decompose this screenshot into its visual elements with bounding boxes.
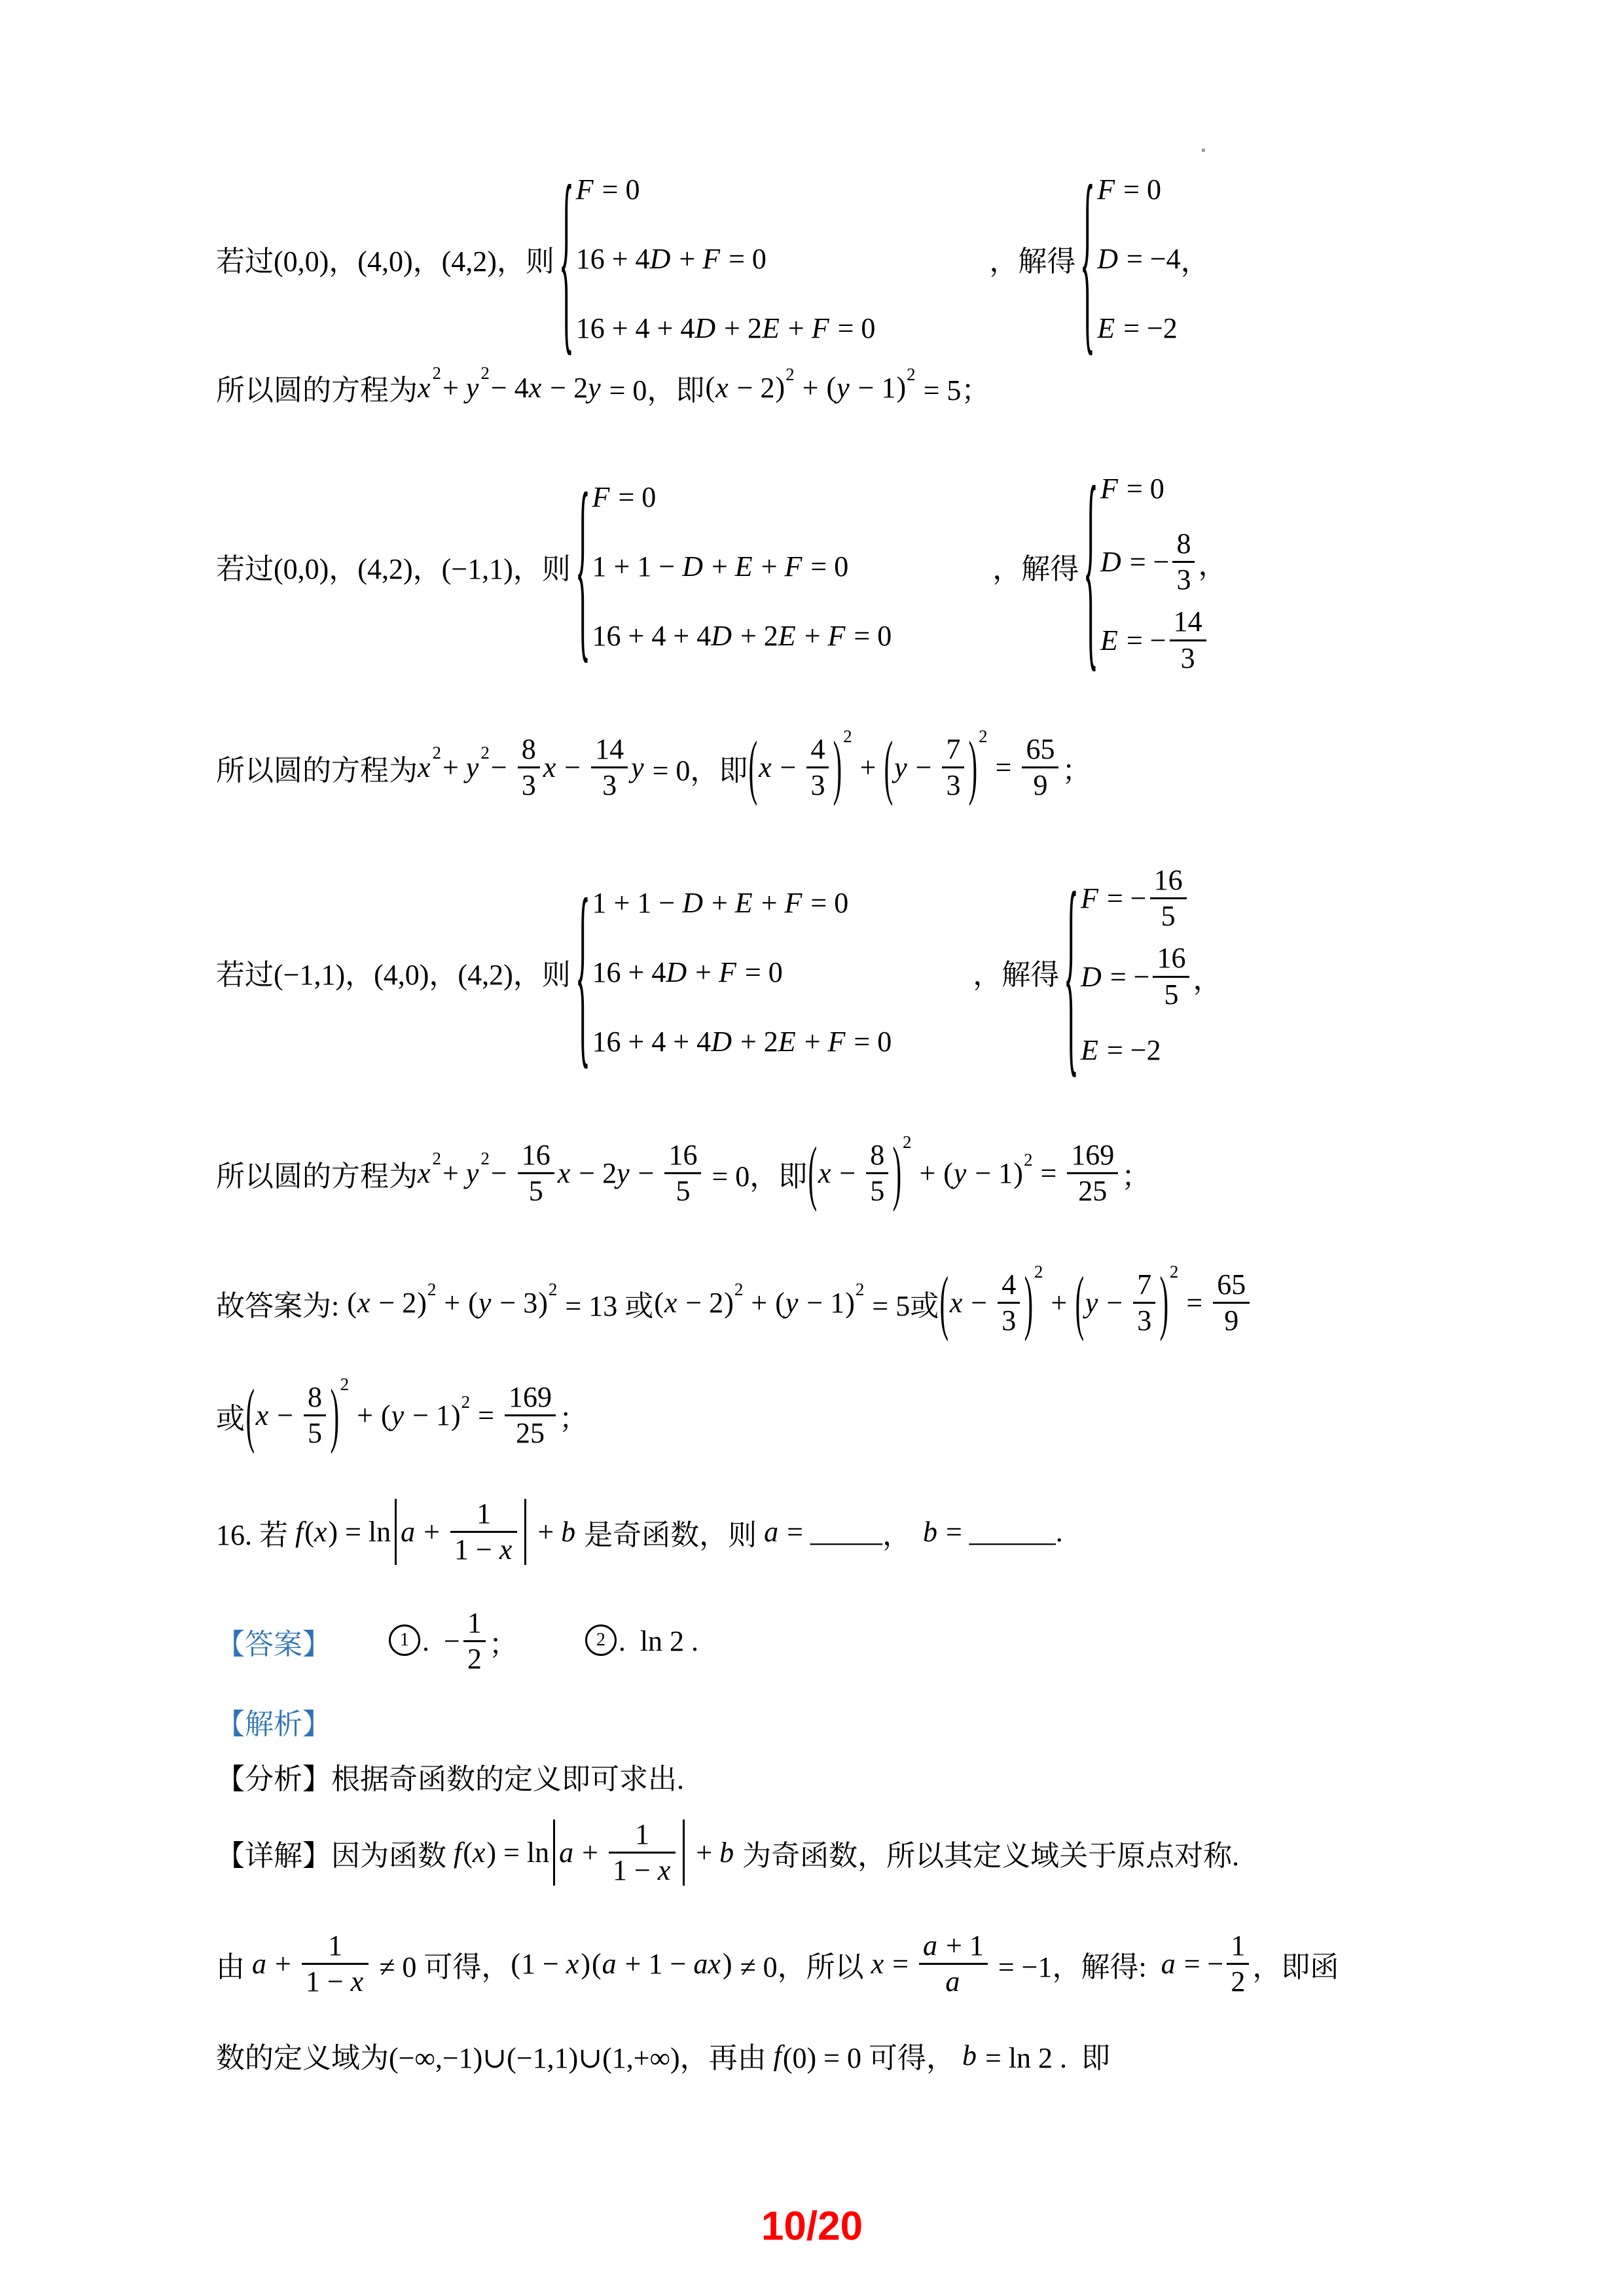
text: 1 (477, 1499, 491, 1529)
bracket: ) (1024, 1266, 1033, 1339)
text: ， (1181, 238, 1210, 279)
text: − (964, 1286, 994, 1319)
text: + (672, 242, 702, 276)
analysis-header: 【解析】 (216, 1700, 331, 1742)
bracket: ( (775, 1289, 785, 1318)
text: 10/20 (761, 2203, 863, 2250)
bracket-group: (x − 85)2 (808, 1139, 911, 1208)
group-content: y − 73 (893, 733, 968, 802)
text: ； (489, 1621, 518, 1662)
math-variable: F (1097, 173, 1116, 206)
text: 65 (1217, 1270, 1246, 1300)
text: = 0，即 (645, 747, 748, 789)
math-variable: D (1081, 960, 1103, 994)
fraction: 73 (942, 733, 964, 802)
text: ______ (969, 1515, 1056, 1549)
bracket: ( (511, 1950, 520, 1979)
bracket: ) (833, 731, 842, 804)
denominator: 3 (1170, 642, 1206, 675)
math-variable: x (759, 751, 773, 784)
bracket: ) (538, 1289, 548, 1318)
text: + (853, 751, 884, 784)
numerator: 169 (1067, 1139, 1118, 1172)
numerator: 16 (518, 1139, 554, 1172)
text: = − (1123, 545, 1170, 579)
system-rows: 1 + 1 − D + E + F = 016 + 4D + F = 016 +… (592, 872, 892, 1071)
bracket-group: (1 − x) (511, 1947, 590, 1981)
text: 或 (216, 1395, 245, 1437)
text: = 0 (831, 312, 876, 345)
numerator: 7 (942, 733, 964, 766)
fraction: 659 (1213, 1268, 1250, 1337)
superscript: 2 (785, 365, 795, 385)
system-rows: F = 0D = −83，E = −143 (1100, 458, 1227, 675)
math-variable: D (711, 619, 733, 653)
text: + (781, 312, 812, 345)
denominator: 25 (1067, 1175, 1118, 1208)
text: + (437, 1286, 467, 1319)
numerator: 169 (505, 1381, 556, 1414)
denominator: 9 (1213, 1304, 1250, 1337)
group-content: y − 1 (391, 1399, 451, 1432)
text: ，解得 (973, 951, 1059, 993)
text: 1 + 1 − (592, 886, 683, 920)
system-row: F = 0 (576, 159, 876, 219)
equation-system: {1 + 1 − D + E + F = 016 + 4D + F = 016 … (573, 872, 892, 1071)
fraction: 16925 (1067, 1139, 1118, 1208)
text: + (689, 1836, 719, 1869)
text: ( (463, 1836, 473, 1869)
text: ， (1198, 541, 1227, 583)
text: − 2 (571, 1157, 617, 1190)
text: + 2 (733, 619, 778, 653)
math-variable: a (923, 1931, 939, 1961)
math-variable: f (454, 1836, 463, 1869)
text: 【答案】 (216, 1621, 331, 1662)
math-variable: x (715, 371, 730, 404)
fraction: 143 (591, 733, 628, 802)
text: = (471, 1399, 501, 1432)
system-row: 16 + 4 + 4D + 2E + F = 0 (592, 605, 892, 666)
denominator: 2 (463, 1643, 486, 1676)
group-content: a + 1 − ax (602, 1947, 723, 1981)
text: ≠ 0，所以 (733, 1943, 871, 1985)
bracket: ( (347, 1289, 357, 1318)
math-variable: ax (693, 1947, 722, 1981)
fraction-bar (664, 1172, 701, 1174)
text: ； (1062, 747, 1091, 789)
superscript: 2 (734, 1280, 744, 1300)
math-variable: b (719, 1836, 735, 1869)
text: . ln 2 . (619, 1624, 698, 1658)
denominator: 5 (866, 1175, 888, 1208)
math-variable: x (664, 1286, 679, 1319)
numerator: 1 (1227, 1929, 1249, 1962)
system-row: 1 + 1 − D + E + F = 0 (592, 536, 892, 596)
system-row: F = 0 (592, 467, 892, 527)
text: 16 + 4 (592, 956, 666, 989)
equation-system: {F = 01 + 1 − D + E + F = 016 + 4 + 4D +… (573, 467, 892, 666)
text: = 0，即 (704, 1153, 807, 1194)
group-content: x − 2 (664, 1286, 724, 1319)
fraction: 43 (998, 1268, 1020, 1337)
math-variable: E (1100, 624, 1119, 657)
math-variable: y (391, 1399, 406, 1432)
brace: { (1080, 155, 1095, 362)
denominator: 1 − x (450, 1534, 517, 1566)
math-variable: a (945, 1967, 961, 1997)
math-variable: y (894, 751, 909, 784)
denominator: 3 (998, 1304, 1020, 1337)
fraction: 85 (866, 1139, 888, 1208)
equation-system: {F = 0D = −4，E = −2 (1078, 159, 1209, 358)
math-variable: y (785, 1286, 800, 1319)
fraction: 73 (1133, 1268, 1155, 1337)
fraction: 43 (806, 733, 829, 802)
text: 8 (870, 1140, 884, 1170)
text: ，解得 (992, 545, 1079, 587)
text: + (704, 886, 735, 920)
text: 1 (635, 1820, 649, 1850)
text: = −4 (1119, 242, 1181, 276)
denominator: 9 (1022, 769, 1058, 802)
text: 7 (946, 734, 960, 764)
text: + (442, 371, 466, 404)
numerator: 4 (806, 733, 829, 766)
denominator: 1 − x (302, 1965, 369, 1998)
detail-line: 【详解】因为函数 f(x) = lna + 11 − x + b 为奇函数，所以… (216, 1818, 1239, 1887)
math-variable: x (351, 1967, 365, 1997)
group-content: x − 85 (818, 1139, 892, 1208)
math-variable: E (735, 886, 754, 920)
text: ) = ln (328, 1515, 391, 1549)
abs-bar (683, 1820, 685, 1886)
text: 16 (522, 1140, 550, 1170)
denominator: 5 (304, 1417, 326, 1450)
derivation-line2: 数的定义域为(−∞,−1)∪(−1,1)∪(1,+∞)，再由 f(0) = 0 … (216, 2034, 1110, 2076)
text: 4 (810, 734, 825, 764)
group-content: y − 3 (478, 1286, 538, 1319)
text: ≠ 0 可得， (372, 1943, 510, 1985)
system-row: D = −83， (1100, 528, 1227, 596)
system-rows: F = 01 + 1 − D + E + F = 016 + 4 + 4D + … (592, 467, 892, 666)
math-variable: b (923, 1515, 939, 1549)
fraction: 11 − x (450, 1498, 517, 1566)
bracket: ) (775, 373, 785, 402)
math-variable: D (711, 1025, 733, 1058)
numerator: 7 (1133, 1268, 1155, 1301)
text: 3 (1181, 643, 1195, 673)
text: ，即函 (1252, 1943, 1339, 1985)
math-variable: F (785, 886, 804, 920)
text: 2 (1231, 1967, 1245, 1997)
fraction-bar (518, 766, 540, 768)
text: = 0 (1116, 173, 1161, 206)
group-content: x − 43 (949, 1268, 1024, 1337)
equation-system: {F = 016 + 4D + F = 016 + 4 + 4D + 2E + … (557, 159, 876, 358)
group-content: y − 1 (785, 1286, 845, 1319)
text: 数的定义域为(−∞,−1)∪(−1,1)∪(1,+∞)，再由 (216, 2034, 774, 2076)
superscript: 2 (461, 1392, 471, 1412)
fraction-bar (1172, 561, 1195, 563)
abs-bar (524, 1499, 526, 1565)
text: 9 (1224, 1306, 1238, 1336)
math-variable: D (666, 956, 688, 989)
math-variable: E (735, 550, 754, 583)
abs-bar (553, 1820, 555, 1886)
fraction-bar (1067, 1172, 1118, 1174)
text: 5 (1164, 980, 1178, 1010)
text: = (885, 1947, 916, 1981)
denominator: 3 (1172, 564, 1195, 596)
bracket-group: (x − 85)2 (245, 1381, 349, 1450)
system-row: F = −165 (1081, 864, 1221, 933)
text: 所以圆的方程为 (216, 367, 418, 408)
math-variable: f (774, 2039, 783, 2072)
math-variable: b (561, 1515, 577, 1549)
math-variable: x (950, 1286, 964, 1319)
superscript: 2 (1034, 1262, 1043, 1282)
text: = 0 (1119, 472, 1164, 505)
text: 8 (522, 734, 536, 764)
fraction: 12 (463, 1607, 486, 1676)
text: = −2 (1116, 312, 1178, 345)
math-variable: x (558, 1157, 572, 1190)
bracket: ( (1075, 1266, 1084, 1339)
fraction-bar (304, 1414, 326, 1416)
math-variable: x (418, 371, 432, 404)
numerator: 1 (302, 1929, 369, 1962)
text: 8 (1176, 529, 1191, 559)
bracket-group: (y − 1)2 (775, 1286, 864, 1319)
text: 1 − (306, 1967, 351, 1997)
bracket-group: a + 11 − x (550, 1818, 688, 1887)
abs-bar (395, 1499, 397, 1565)
group-content: y − 73 (1085, 1268, 1159, 1337)
denominator: 5 (664, 1175, 701, 1208)
bracket-group: (x − 2)2 (347, 1286, 436, 1319)
text: = (1033, 1157, 1064, 1190)
math-variable: y (466, 1157, 480, 1190)
bracket: ( (943, 1159, 953, 1188)
system-row: 1 + 1 − D + E + F = 0 (592, 872, 892, 933)
fraction-bar (591, 766, 628, 768)
superscript: 2 (480, 1149, 490, 1169)
math-variable: x (499, 1535, 514, 1565)
case1-circle-equation: 所以圆的方程为x2+ y2− 4x − 2y = 0，即(x − 2)2 + (… (216, 367, 990, 408)
text: = (780, 1515, 810, 1549)
text: 25 (516, 1418, 545, 1448)
text: − 4 (491, 371, 529, 404)
case2-line: 若过(0,0)，(4,2)，(−1,1)，则{F = 01 + 1 − D + … (216, 458, 1229, 675)
case1-line: 若过(0,0)，(4,0)，(4,2)，则{F = 016 + 4D + F =… (216, 159, 1212, 358)
math-variable: x (529, 371, 543, 404)
math-variable: y (478, 1286, 493, 1319)
text: + (268, 1947, 298, 1981)
text: 1 − (613, 1856, 658, 1886)
bracket: ( (592, 1950, 602, 1979)
text: 16 (1157, 943, 1185, 973)
bracket: ) (896, 373, 906, 402)
fraction: 165 (664, 1139, 701, 1208)
brace: { (575, 463, 590, 670)
brace: { (1083, 454, 1098, 679)
text: + (797, 619, 828, 653)
math-variable: a (1161, 1947, 1177, 1981)
text: 16 + 4 + 4 (576, 312, 695, 345)
bracket: ) (893, 1137, 901, 1210)
text: = 0 (803, 886, 848, 920)
bracket-group: (x − 43)2 (748, 733, 852, 802)
text: = 0 (738, 956, 783, 989)
denominator: 3 (518, 769, 540, 802)
text: 所以圆的方程为 (216, 747, 418, 789)
text: = 0 (846, 1025, 892, 1058)
text: + (795, 371, 826, 404)
text: 3 (810, 770, 825, 800)
math-variable: F (828, 1025, 847, 1058)
group-content: a + 11 − x (400, 1498, 521, 1566)
fraction: 165 (1150, 864, 1187, 933)
text: . − (422, 1624, 460, 1658)
group-content: y − 1 (953, 1157, 1013, 1190)
math-variable: y (466, 751, 480, 784)
numerator: 1 (450, 1498, 517, 1530)
denominator: 5 (1153, 978, 1189, 1011)
text: − 2 (730, 371, 775, 404)
numerator: 14 (591, 733, 628, 766)
bracket: ( (749, 731, 757, 804)
bracket-group: (y − 1)2 (381, 1399, 470, 1432)
numerator: 65 (1213, 1268, 1250, 1301)
math-variable: x (256, 1399, 270, 1432)
bracket: ) (723, 1950, 732, 1979)
numerator: 4 (998, 1268, 1020, 1301)
superscript: 2 (979, 726, 988, 747)
system-rows: F = −165D = −165，E = −2 (1081, 864, 1221, 1081)
text: 9 (1033, 770, 1047, 800)
text: ( (304, 1515, 314, 1549)
fraction-bar (609, 1852, 676, 1854)
text: + (754, 550, 785, 583)
text: 14 (595, 734, 624, 764)
bracket: ) (417, 1289, 427, 1318)
fraction-bar (1022, 766, 1058, 768)
math-variable: a (764, 1515, 780, 1549)
system-row: 16 + 4 + 4D + 2E + F = 0 (592, 1011, 892, 1071)
text: − 2 (371, 1286, 416, 1319)
text: (0) = 0 可得， (783, 2034, 962, 2076)
denominator: 5 (518, 1175, 554, 1208)
bracket: ( (468, 1289, 478, 1318)
fraction: 83 (518, 733, 540, 802)
bracket: ( (826, 373, 836, 402)
text: 4 (1001, 1270, 1016, 1300)
fraction-bar (1170, 639, 1206, 641)
fraction: 83 (1172, 528, 1195, 596)
system-row: D = −165， (1081, 942, 1221, 1011)
text: 16 (668, 1140, 697, 1170)
text: − 1 (799, 1286, 844, 1319)
page-number: 10/20 (0, 2203, 1624, 2250)
text: 5 (870, 1176, 884, 1206)
bracket: ( (808, 1137, 817, 1210)
math-variable: F (702, 242, 721, 276)
brace: { (575, 869, 590, 1075)
superscript: 2 (856, 1280, 865, 1300)
text: 16 + 4 + 4 (592, 1025, 712, 1058)
numerator: a + 1 (919, 1929, 988, 1962)
text: 3 (1176, 565, 1191, 595)
circled-number: 2 (585, 1624, 617, 1656)
text: 若过(−1,1)，(4,0)，(4,2)，则 (216, 951, 571, 993)
fraction-bar (998, 1302, 1020, 1304)
math-variable: F (1100, 472, 1119, 505)
numerator: 16 (1153, 942, 1189, 975)
fraction: 11 − x (609, 1818, 676, 1887)
bracket-group: (x − 2)2 (705, 371, 794, 404)
text: = 0 (611, 480, 656, 514)
system-row: F = 0 (1100, 458, 1227, 518)
fraction-bar (919, 1963, 988, 1965)
bracket-group: (y − 1)2 (943, 1157, 1032, 1190)
text: = −2 (1100, 1033, 1161, 1067)
fraction: a + 1a (919, 1929, 988, 1998)
fraction-bar (505, 1414, 556, 1416)
text: = 0 (721, 242, 767, 276)
numerator: 16 (1150, 864, 1187, 897)
fraction-bar (302, 1963, 369, 1965)
text: − 2 (543, 371, 588, 404)
text: 3 (946, 770, 960, 800)
text: + 1 − (618, 1947, 694, 1981)
text: 1 (328, 1931, 342, 1961)
math-variable: E (1081, 1033, 1100, 1067)
math-variable: E (778, 619, 797, 653)
text: ， (1193, 956, 1221, 997)
text: = − (1100, 882, 1147, 915)
fraction: 12 (1227, 1929, 1249, 1998)
fraction-bar (1133, 1302, 1155, 1304)
text: + (754, 886, 785, 920)
text: + (442, 1157, 466, 1190)
text: = 5； (916, 367, 990, 408)
numerator: 8 (518, 733, 540, 766)
text: 25 (1078, 1176, 1107, 1206)
math-variable: a (559, 1836, 575, 1869)
text: 169 (509, 1382, 552, 1412)
text: ； (1121, 1153, 1150, 1194)
text: + (1043, 1286, 1074, 1319)
bracket-group: a + 11 − x (391, 1498, 530, 1566)
math-variable: E (762, 312, 781, 345)
bracket-group: (a + 1 − ax) (592, 1947, 732, 1981)
math-variable: y (954, 1157, 968, 1190)
bracket: ( (381, 1401, 391, 1430)
superscript: 2 (903, 1132, 912, 1153)
bracket: ) (845, 1289, 855, 1318)
bracket: ( (884, 731, 893, 804)
bracket: ) (1013, 1159, 1023, 1188)
bracket: ( (940, 1266, 948, 1339)
text: = 0 (846, 619, 892, 653)
fraction-bar (1213, 1302, 1250, 1304)
text: . (1056, 1515, 1063, 1549)
math-variable: D (695, 312, 717, 345)
math-variable: F (576, 173, 595, 206)
text: = (939, 1515, 969, 1549)
text: 5 (676, 1176, 690, 1206)
